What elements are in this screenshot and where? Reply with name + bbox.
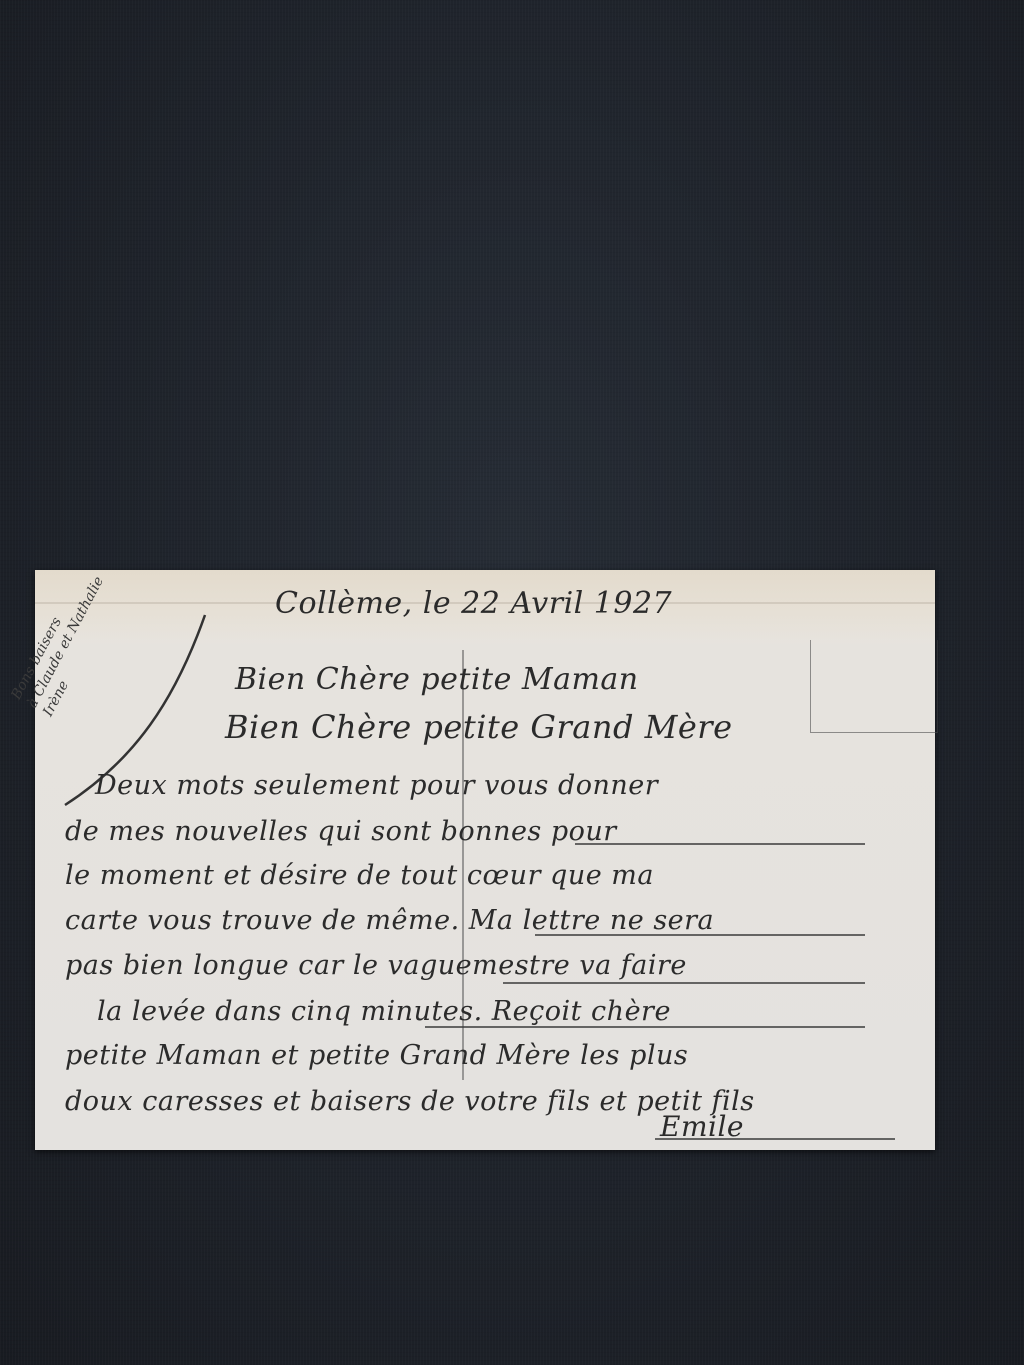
body-line: pas bien longue car le vaguemestre va fa… bbox=[65, 950, 687, 981]
place-date: Collème, le 22 Avril 1927 bbox=[275, 586, 672, 621]
body-line: doux caresses et baisers de votre fils e… bbox=[65, 1086, 755, 1117]
body-line: le moment et désire de tout cœur que ma bbox=[65, 860, 654, 891]
body-line: la levée dans cinq minutes. Reçoit chère bbox=[97, 996, 671, 1027]
body-line: carte vous trouve de même. Ma lettre ne … bbox=[65, 905, 714, 936]
address-line bbox=[503, 982, 865, 984]
body-line: petite Maman et petite Grand Mère les pl… bbox=[65, 1040, 688, 1071]
stamp-box bbox=[810, 640, 938, 733]
salutation: Bien Chère petite Maman bbox=[235, 662, 639, 697]
postcard: Bons baisers à Claude et Nathalie Irène … bbox=[35, 570, 935, 1150]
address-line bbox=[575, 843, 865, 845]
address-line bbox=[535, 934, 865, 936]
signature-underline bbox=[655, 1138, 895, 1140]
body-line: de mes nouvelles qui sont bonnes pour bbox=[65, 816, 617, 847]
salutation: Bien Chère petite Grand Mère bbox=[225, 708, 733, 746]
address-line bbox=[425, 1026, 865, 1028]
body-line: Deux mots seulement pour vous donner bbox=[95, 770, 658, 801]
